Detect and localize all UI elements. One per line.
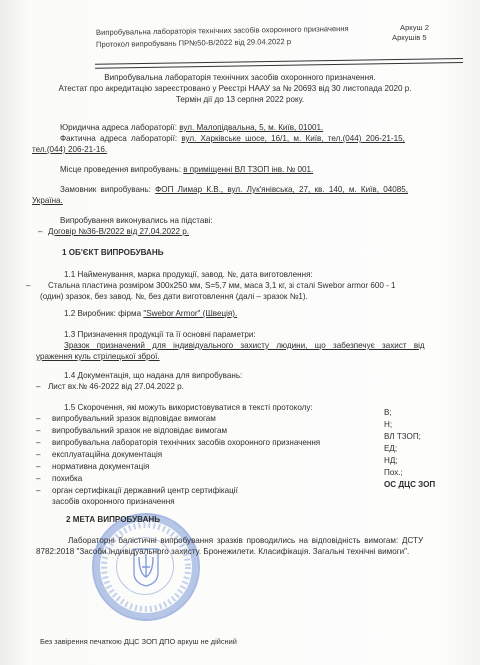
intro-line-2: Атестат про акредитацію зареєстровано у … [0,84,470,93]
abbr-code: ОС ДЦС ЗОП [384,480,435,489]
section-2-text-1: Лабораторні балістичні випробування зраз… [68,536,423,545]
section-1-title: 1 ОБ'ЄКТ ВИПРОБУВАНЬ [62,248,164,257]
header-lab-name: Випробувальна лабораторія технічних засо… [96,24,349,37]
customer-value-1: ФОП Лимар К.В., вул. Лук'янівська, 27, к… [155,185,408,194]
abbr-code: ЕД; [384,444,397,453]
bullet-dash: – [36,382,41,391]
s11-value-1: Стальна пластина розміром 300х250 мм, S=… [48,281,396,290]
abbr-code: НД; [384,456,398,465]
legal-address: Юридична адреса лабораторії: вул. Малопі… [60,123,323,132]
test-place-label: Місце проведення випробувань: [60,165,181,174]
s12: 1.2 Виробник: фірма "Swebor Armor" (Швец… [64,309,237,318]
basis-label: Випробування виконувались на підставі: [60,216,213,225]
legal-address-label: Юридична адреса лабораторії: [60,123,177,132]
s11-value-2: (один) зразок, без завод. №, без дати ви… [40,292,308,301]
section-2-title: 2 МЕТА ВИПРОБУВАНЬ [66,515,160,524]
customer-value-2: Україна. [32,196,63,205]
abbr-code: Н; [384,420,392,429]
test-place-value: в приміщенні ВЛ ТЗОП інв. № 001. [183,165,313,174]
s14-value: Лист вх.№ 46-2022 від 27.04.2022 р. [48,382,184,391]
header-protocol: Протокол випробувань ПР№50-В/2022 від 29… [96,37,291,49]
abbr-text: випробувальний зразок не відповідає вимо… [52,426,227,435]
s12-label: 1.2 Виробник: фірма [64,309,141,318]
s11-label: 1.1 Найменування, марка продукції, завод… [64,270,313,279]
bullet-dash: – [36,486,41,495]
abbr-text: випробувальна лабораторія технічних засо… [52,438,320,447]
section-2-text-2: 8782:2018 "Засоби індивідуального захист… [36,547,409,556]
bullet-dash: – [26,281,31,290]
actual-address-value-1: вул. Харківське шосе, 16/1, м. Київ, тел… [181,134,405,143]
actual-address: Фактична адреса лабораторії: вул. Харків… [60,134,405,143]
s14-label: 1.4 Документація, що надана для випробув… [64,371,242,380]
actual-address-value-2: тел.(044) 206-21-16. [32,145,107,154]
bullet-dash: – [36,462,41,471]
s15-label: 1.5 Скорочення, які можуть використовува… [64,403,313,412]
test-place: Місце проведення випробувань: в приміщен… [60,165,313,174]
intro-line-3: Термін дії до 13 серпня 2022 року. [0,95,480,104]
bullet-dash: – [36,450,41,459]
document-page: Випробувальна лабораторія технічних засо… [0,0,480,665]
s13-value-1: Зразок призначений для індивідуального з… [64,341,425,350]
official-stamp [92,513,200,621]
bullet-dash: – [36,438,41,447]
s13-value-2: ураження куль стрілецької зброї. [36,352,160,361]
header-sheets-total: Аркушів 5 [392,33,427,42]
abbr-text: випробувальний зразок відповідає вимогам [52,414,216,423]
abbr-text: нормативна документація [52,462,149,471]
bullet-dash: – [36,426,41,435]
abbr-code: В; [384,408,392,417]
customer: Замовник випробувань: ФОП Лимар К.В., ву… [60,185,408,194]
abbr-text-cont: засобів охоронного призначення [52,497,175,506]
abbr-text: орган сертифікації державний центр серти… [52,486,238,495]
abbr-code: ВЛ ТЗОП; [384,432,421,441]
footer-note: Без завірення печаткою ДЦС ЗОП ДПО аркуш… [40,637,237,646]
s13-label: 1.3 Призначення продукції та її основні … [64,330,256,339]
actual-address-label: Фактична адреса лабораторії: [60,134,177,143]
customer-label: Замовник випробувань: [60,185,151,194]
header-divider [95,58,463,69]
abbr-code: Пох.; [384,468,403,477]
s12-value: "Swebor Armor" (Швеція). [143,309,237,318]
bullet-dash: – [38,227,43,236]
abbr-text: експлуатаційна документація [52,450,162,459]
basis-item: Договір №36-В/2022 від 27.04.2022 р. [48,227,189,236]
abbr-text: похибка [52,474,82,483]
legal-address-value: вул. Малопідвальна, 5, м. Київ, 01001. [179,123,323,132]
bullet-dash: – [36,474,41,483]
header-sheet: Аркуш 2 [400,23,429,32]
intro-line-1: Випробувальна лабораторія технічних засо… [0,73,480,82]
bullet-dash: – [36,414,41,423]
